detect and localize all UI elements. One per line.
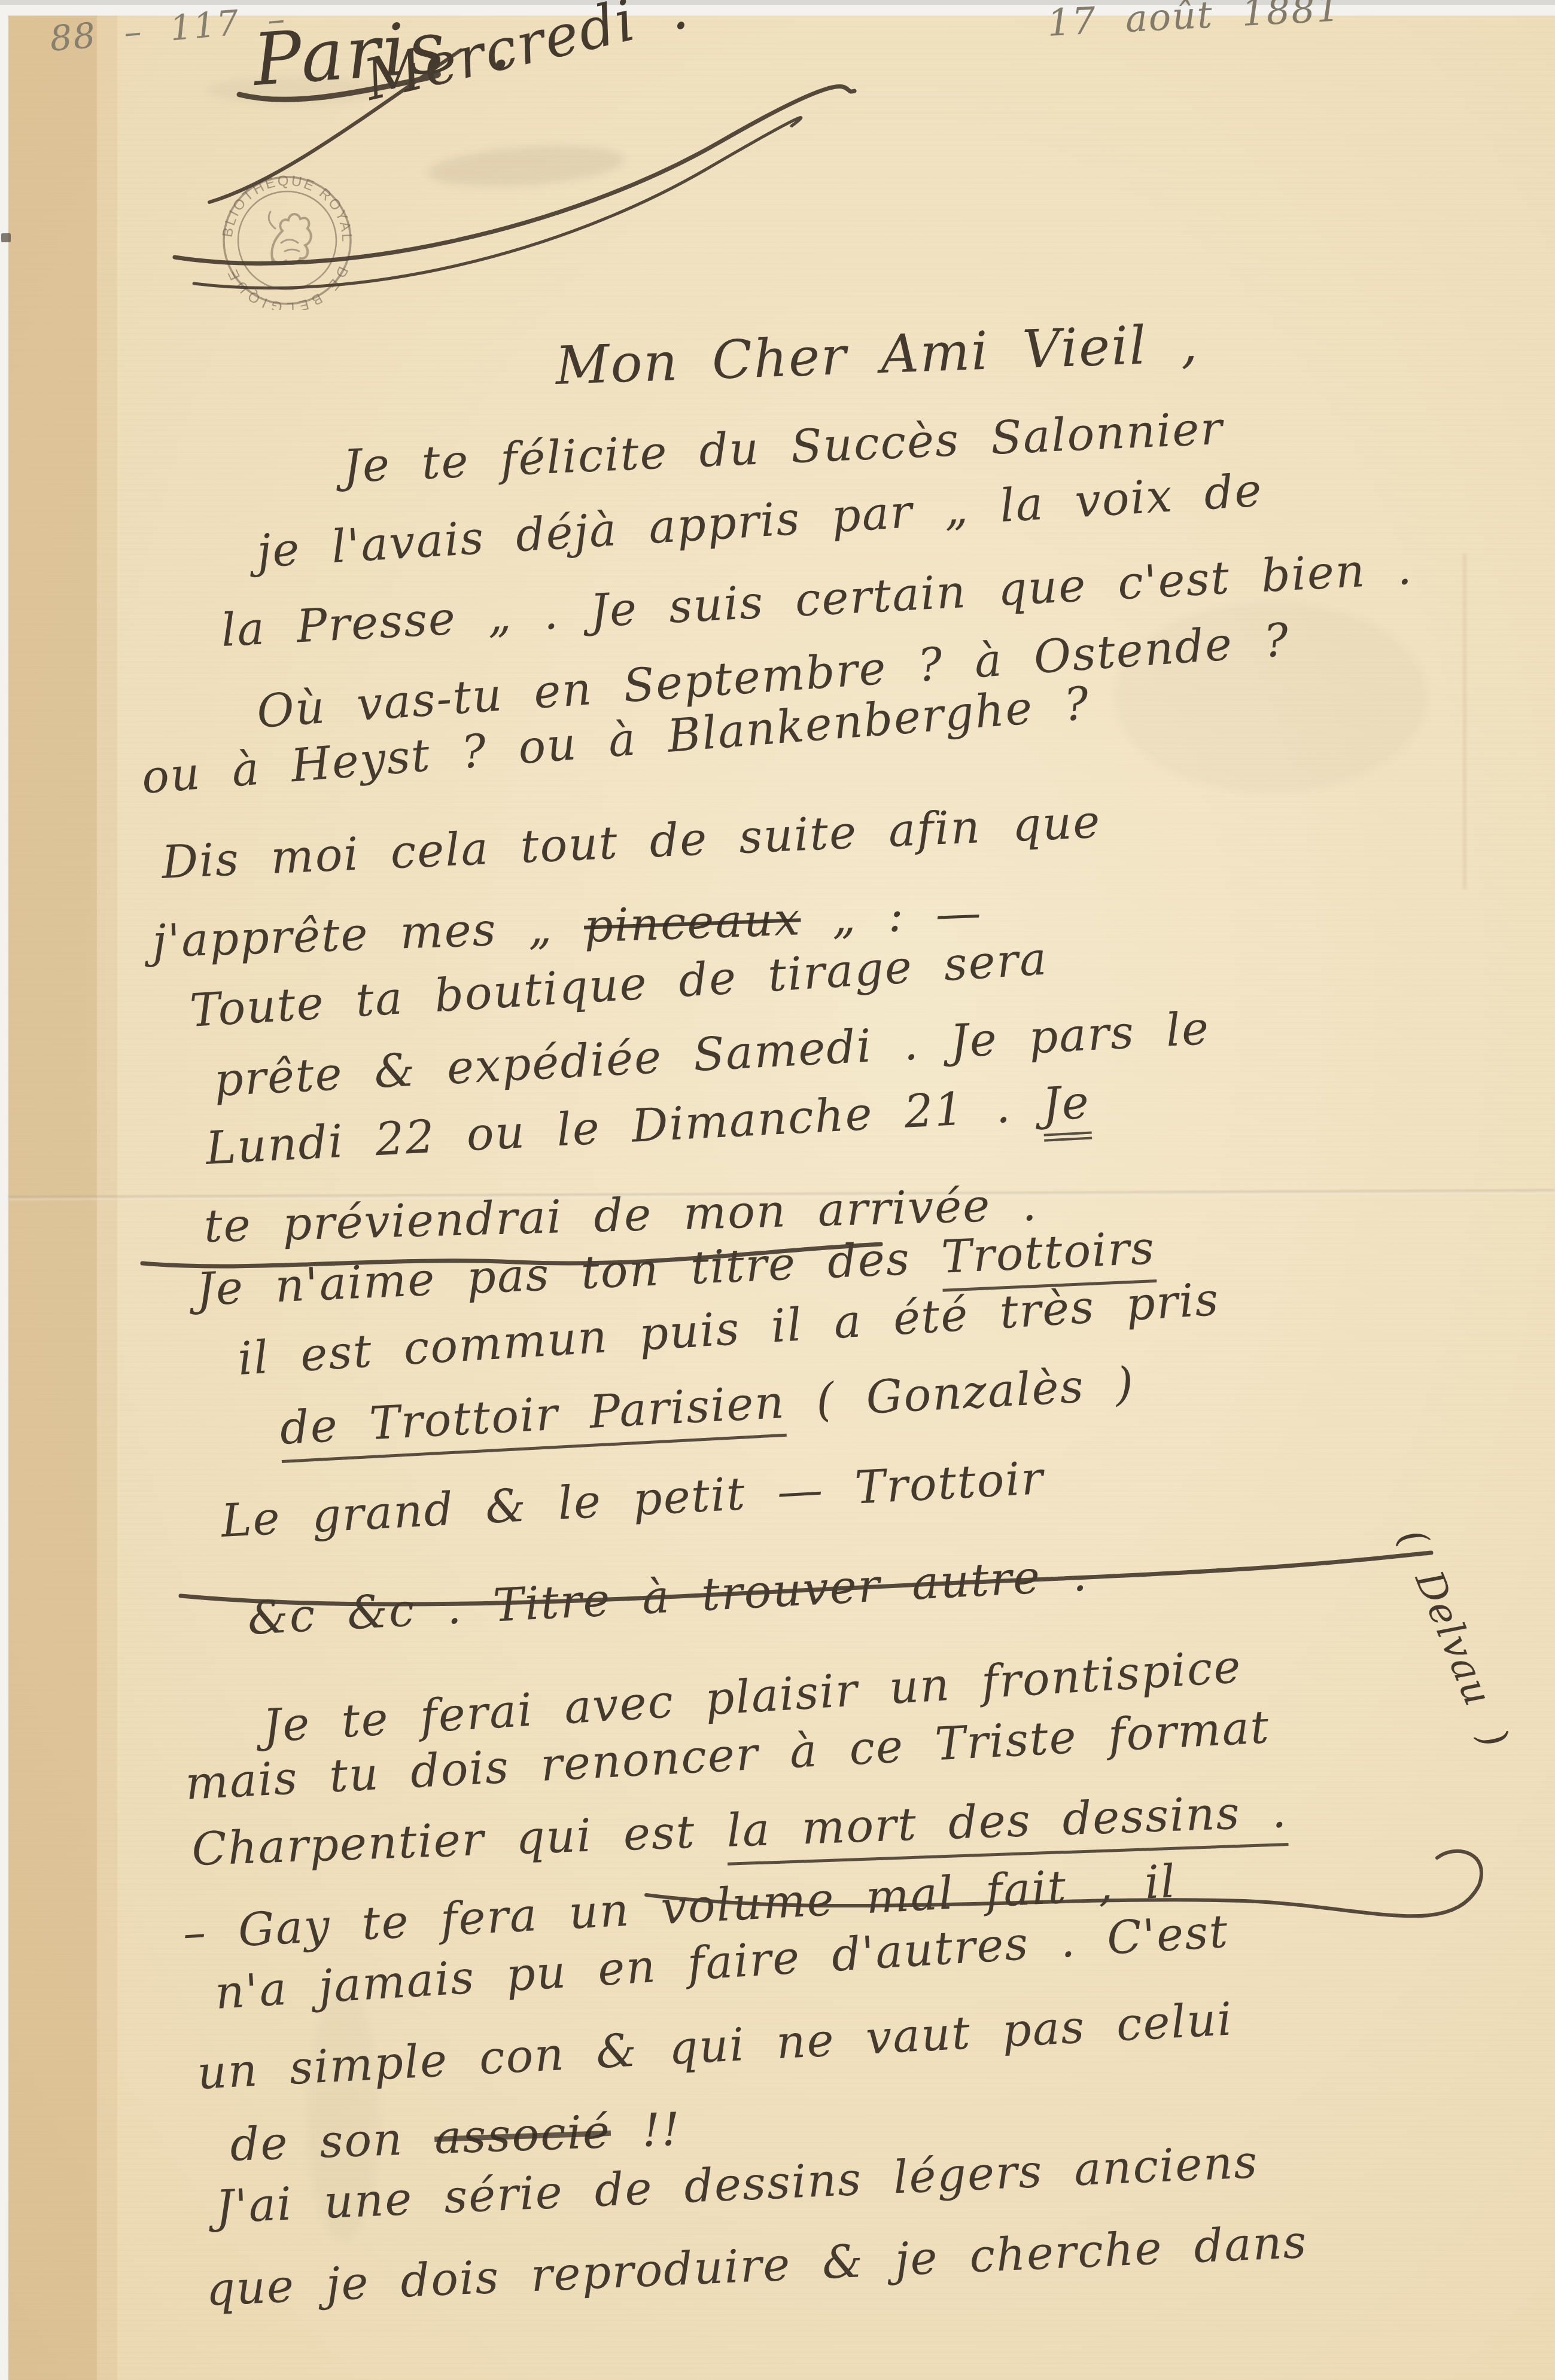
scanned-letter-page: 88 – 117 – 17 août 1881 Paris . Mercredi… — [0, 0, 1555, 2380]
scribbled-word: associé — [434, 2105, 612, 2164]
struck-word: pinceaux — [583, 892, 801, 953]
vertical-fold-crease — [1463, 554, 1466, 889]
margin-mark — [1, 233, 11, 242]
double-underlined-word: Je — [1041, 1075, 1092, 1142]
ink-smudge — [426, 141, 626, 193]
